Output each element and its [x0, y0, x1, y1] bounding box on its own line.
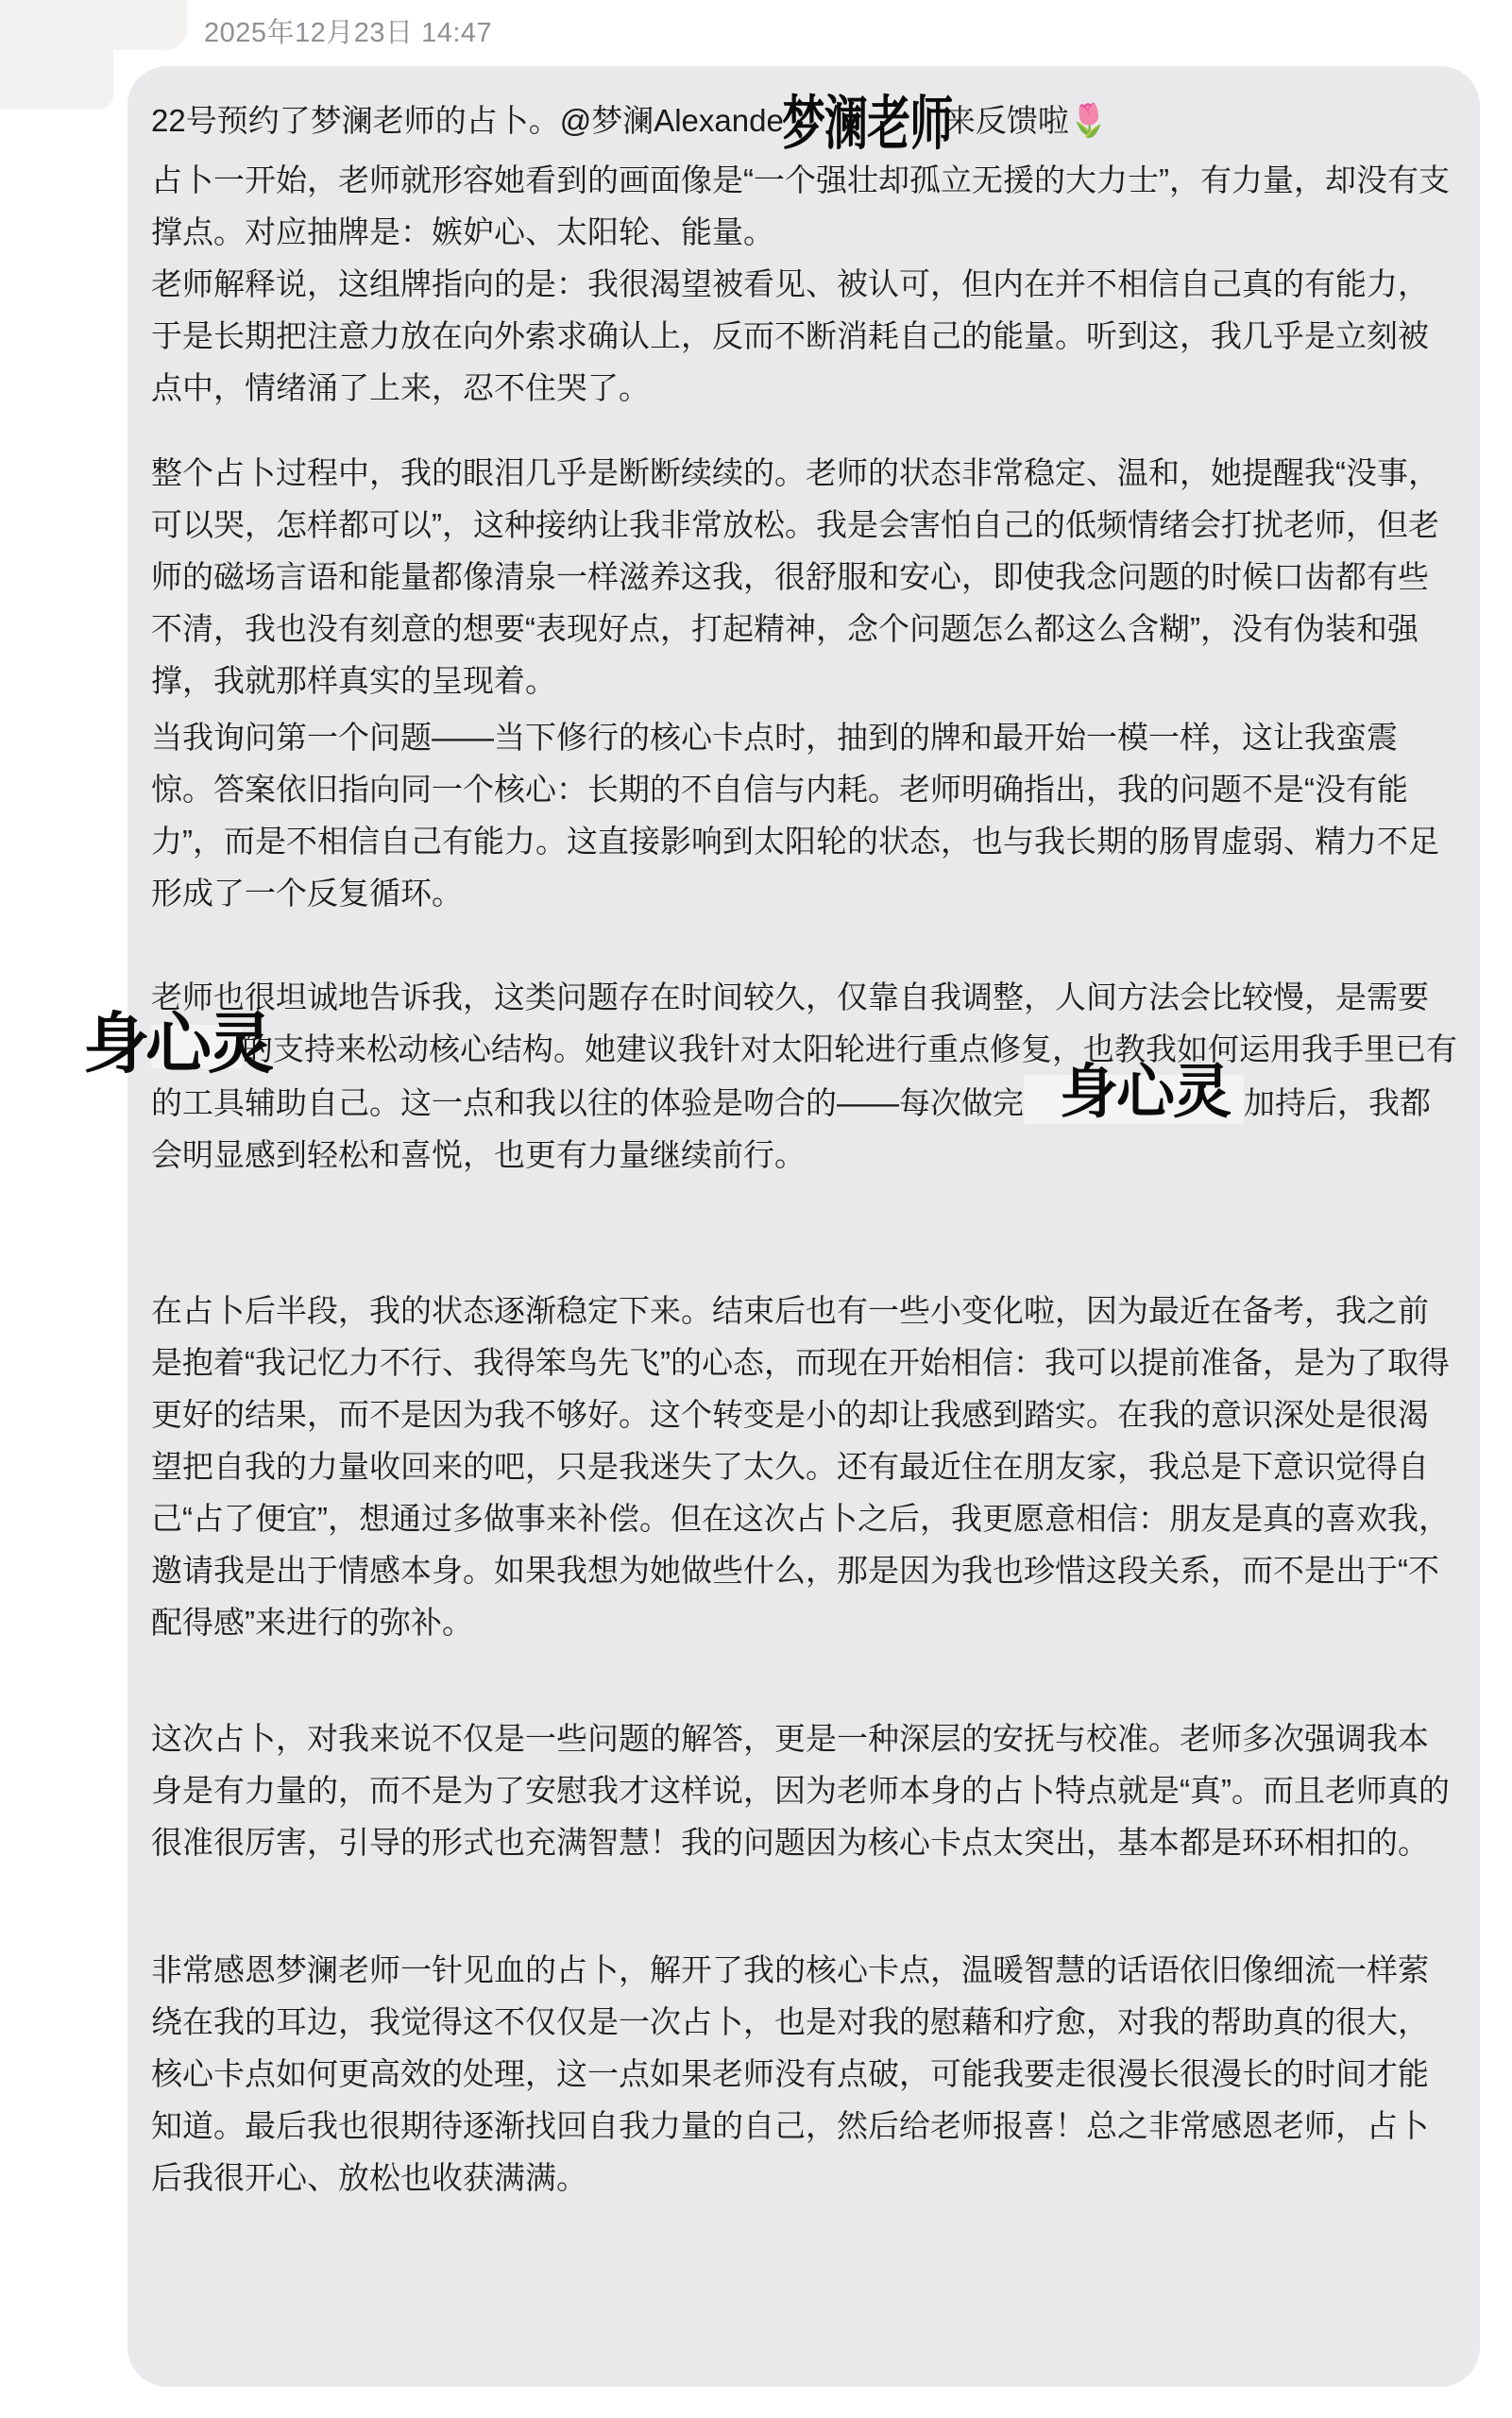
message-paragraph-7: 非常感恩梦澜老师一针见血的占卜，解开了我的核心卡点，温暖智慧的话语依旧像细流一样… [151, 1944, 1459, 2204]
message-paragraph-6: 这次占卜，对我来说不仅是一些问题的解答，更是一种深层的安抚与校准。老师多次强调我… [151, 1712, 1459, 1868]
message-paragraph-5: 在占卜后半段，我的状态逐渐稳定下来。结束后也有一些小变化啦，因为最近在备考，我之… [151, 1285, 1459, 1648]
message-paragraph-3: 当我询问第一个问题——当下修行的核心卡点时，抽到的牌和最开始一模一样，这让我蛮震… [151, 711, 1459, 919]
message-bubble[interactable]: 22号预约了梦澜老师的占卜。@梦澜Alexande梦澜老师来反馈啦🌷 占卜一开始… [127, 66, 1480, 2387]
watermark-menglan-teacher: 梦澜老师 [782, 95, 953, 154]
message-paragraph-1: 占卜一开始，老师就形容她看到的画面像是“一个强壮却孤立无援的大力士”，有力量，却… [151, 154, 1459, 414]
line1-suffix-text: 来反馈啦 [944, 103, 1069, 138]
previous-message-fragment-side [0, 0, 113, 110]
redaction-patch-right: 身心灵 [1024, 1075, 1244, 1124]
paragraph4-segment1: 老师也很坦诚地告诉我，这类问题存在时间较久，仅靠自我调整，人间方法会比较慢，是需… [151, 979, 1429, 1014]
tulip-emoji: 🌷 [1069, 103, 1109, 139]
message-timestamp: 2025年12月23日 14:47 [204, 11, 492, 50]
watermark-shenxinling-right: 身心灵 [1060, 1064, 1230, 1122]
line1-prefix-text: 22号预约了梦澜老师的占卜。@梦澜Alexande [151, 103, 784, 138]
message-line1: 22号预约了梦澜老师的占卜。@梦澜Alexande梦澜老师来反馈啦🌷 [151, 94, 1459, 154]
message-paragraph-4: 老师也很坦诚地告诉我，这类问题存在时间较久，仅靠自我调整，人间方法会比较慢，是需… [151, 971, 1459, 1181]
message-paragraph-2: 整个占卜过程中，我的眼泪几乎是断断续续的。老师的状态非常稳定、温和，她提醒我“没… [151, 447, 1459, 707]
redaction-patch-left: 身心灵 [151, 1025, 242, 1068]
